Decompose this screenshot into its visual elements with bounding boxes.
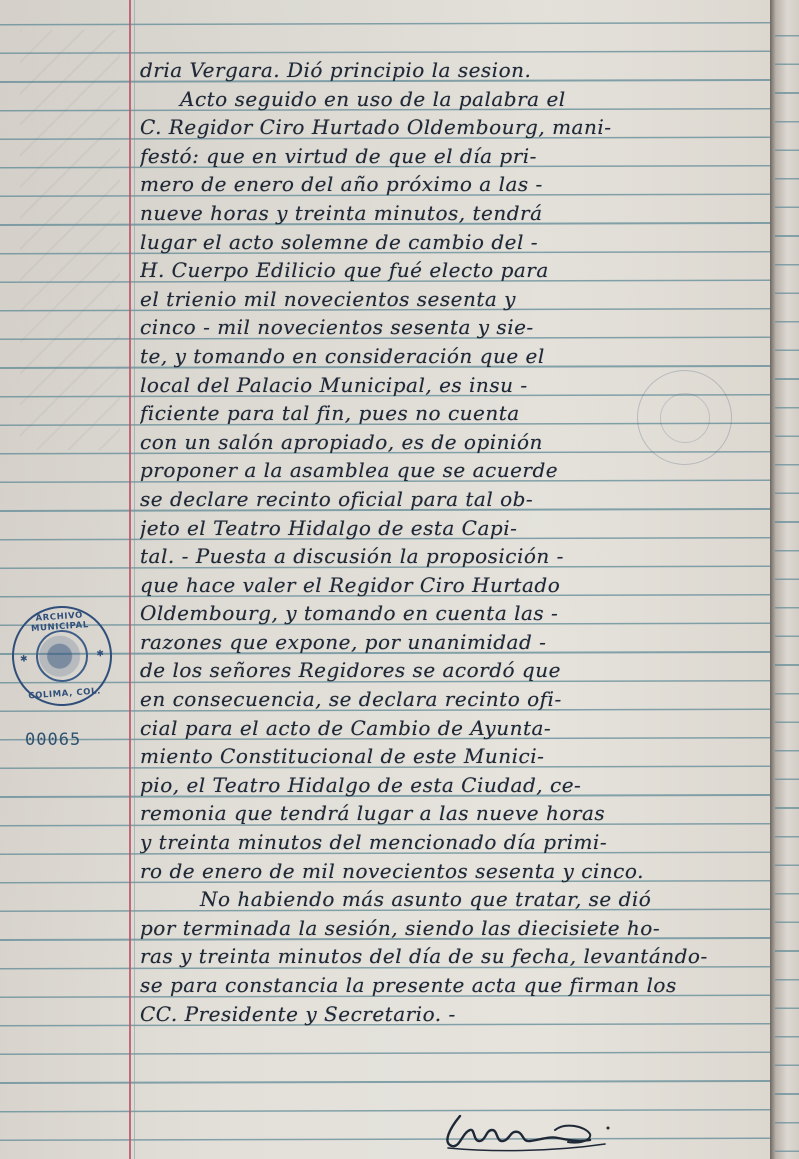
text-line: y treinta minutos del mencionado día pri… <box>140 828 770 857</box>
text-line: proponer a la asamblea que se acuerde <box>140 456 770 485</box>
stamp-seal-icon <box>34 628 90 684</box>
text-line: por terminada la sesión, siendo las diec… <box>140 914 770 943</box>
signature <box>440 1108 640 1153</box>
text-line: ras y treinta minutos del día de su fech… <box>140 942 770 971</box>
text-line: te, y tomando en consideración que el <box>140 342 770 371</box>
star-icon: ✱ <box>96 649 104 660</box>
archivo-municipal-stamp: ARCHIVO MUNICIPAL ✱ ✱ COLIMA, COL. <box>9 603 116 710</box>
text-line: miento Constitucional de este Munici- <box>140 742 770 771</box>
star-icon: ✱ <box>20 654 28 665</box>
text-line: cinco - mil novecientos sesenta y sie- <box>140 313 770 342</box>
text-line: CC. Presidente y Secretario. - <box>140 1000 770 1029</box>
text-line: Oldembourg, y tomando en cuenta las - <box>140 599 770 628</box>
adjacent-page-edge <box>775 0 799 1159</box>
text-line: tal. - Puesta a discusión la proposición… <box>140 542 770 571</box>
text-line: ro de enero de mil novecientos sesenta y… <box>140 857 770 886</box>
text-line: cial para el acto de Cambio de Ayunta- <box>140 714 770 743</box>
text-line: Acto seguido en uso de la palabra el <box>140 85 770 114</box>
text-line: con un salón apropiado, es de opinión <box>140 428 770 457</box>
text-line: local del Palacio Municipal, es insu - <box>140 371 770 400</box>
folio-number: 00065 <box>25 730 81 750</box>
text-line: razones que expone, por unanimidad - <box>140 628 770 657</box>
text-line: H. Cuerpo Edilicio que fué electo para <box>140 256 770 285</box>
text-line: C. Regidor Ciro Hurtado Oldembourg, mani… <box>140 113 770 142</box>
text-line: se para constancia la presente acta que … <box>140 971 770 1000</box>
ledger-page: ARCHIVO MUNICIPAL ✱ ✱ COLIMA, COL. 00065… <box>0 0 775 1159</box>
text-line: que hace valer el Regidor Ciro Hurtado <box>140 571 770 600</box>
text-line: No habiendo más asunto que tratar, se di… <box>140 885 770 914</box>
text-line: remonia que tendrá lugar a las nueve hor… <box>140 799 770 828</box>
blue-margin-line <box>134 0 135 1159</box>
text-line: pio, el Teatro Hidalgo de esta Ciudad, c… <box>140 771 770 800</box>
text-line: mero de enero del año próximo a las - <box>140 170 770 199</box>
text-line: festó: que en virtud de que el día pri- <box>140 142 770 171</box>
text-line: dria Vergara. Dió principio la sesion. <box>140 56 770 85</box>
handwritten-minutes-text: dria Vergara. Dió principio la sesion. A… <box>140 56 770 1028</box>
text-line: se declare recinto oficial para tal ob- <box>140 485 770 514</box>
text-line: lugar el acto solemne de cambio del - <box>140 228 770 257</box>
text-line: nueve horas y treinta minutos, tendrá <box>140 199 770 228</box>
text-line: de los señores Regidores se acordó que <box>140 656 770 685</box>
text-line: ficiente para tal fin, pues no cuenta <box>140 399 770 428</box>
text-line: en consecuencia, se declara recinto ofi- <box>140 685 770 714</box>
red-margin-line <box>129 0 131 1159</box>
text-line: el trienio mil novecientos sesenta y <box>140 285 770 314</box>
text-line: jeto el Teatro Hidalgo de esta Capi- <box>140 514 770 543</box>
